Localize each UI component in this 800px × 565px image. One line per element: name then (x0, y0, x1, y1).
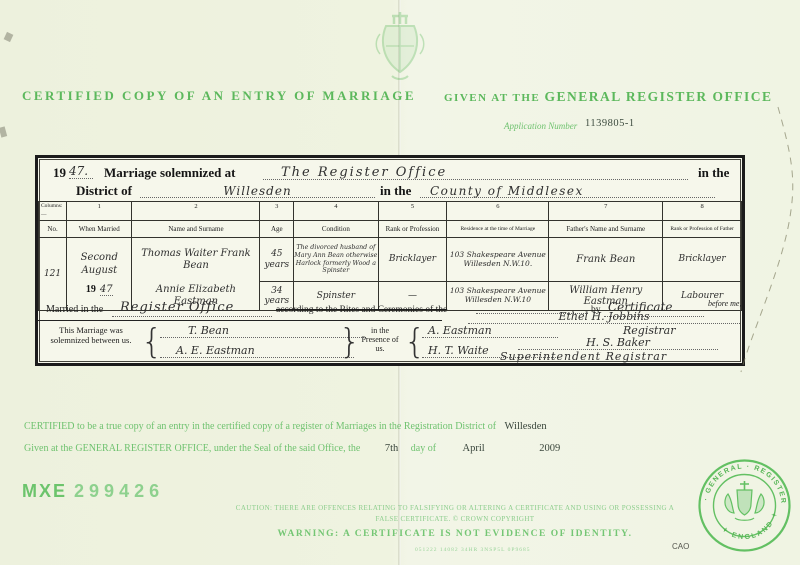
groom-name: Thomas Waiter Frank Bean (132, 238, 259, 281)
married-in-place-handwritten: Register Office (120, 300, 234, 315)
general-register-office-label: GENERAL REGISTER OFFICE (545, 89, 773, 104)
when-married-year-printed: 19 (86, 284, 96, 295)
certified-text: CERTIFIED to be a true copy of an entry … (24, 421, 496, 432)
when-married-day: Second (81, 252, 118, 264)
header-rank: Rank or Profession (378, 221, 447, 238)
day-of-label: day of (411, 443, 436, 454)
bride-signature: A. E. Eastman (160, 344, 354, 358)
seal-day-value: 7th (385, 443, 398, 454)
header-residence: Residence at the time of Marriage (447, 221, 549, 238)
header-father-rank: Rank or Profession of Father (663, 221, 742, 238)
scan-smudge (0, 126, 7, 137)
in-the-label-2: in the (380, 183, 411, 199)
application-number-label: Application Number (504, 121, 577, 131)
svg-text:✦ ENGLAND ✦: ✦ ENGLAND ✦ (720, 509, 779, 541)
document-title: CERTIFIED COPY OF AN ENTRY OF MARRIAGE (22, 88, 416, 104)
given-at-label: GIVEN AT THE (444, 92, 540, 104)
groom-residence: 103 Shakespeare Avenue Willesden N.W.10. (447, 238, 548, 282)
col-number: 1 (67, 202, 132, 221)
rites-text-struck: according to the Rites and Ceremonies of… (276, 305, 447, 315)
application-number-value: 1139805-1 (585, 118, 635, 129)
certified-statement: CERTIFIED to be a true copy of an entry … (24, 421, 547, 432)
certified-district-value: Willesden (505, 421, 547, 432)
marriage-entry-table: Columns:— 1 2 3 4 5 6 7 8 No. When Marri… (38, 201, 742, 311)
seal-bottom-text: ✦ ENGLAND ✦ (720, 509, 779, 541)
groom-age: 45 years (260, 238, 293, 282)
when-married-month: August (81, 265, 117, 277)
serial-prefix: MXE (22, 481, 67, 501)
gro-seal: · GENERAL · REGISTER · OFFICE · ✦ ENGLAN… (697, 458, 792, 553)
signature-section-divider (38, 320, 442, 321)
solemnized-label: Marriage solemnized at (104, 165, 235, 181)
groom-father-rank: Bricklayer (663, 238, 741, 282)
royal-crest-watermark (356, 6, 444, 94)
district-line: District of Willesden in the County of M… (48, 182, 736, 200)
year-handwritten: 47. (69, 164, 93, 179)
presence-label: in the Presence of us. (356, 326, 404, 354)
scan-smudge (4, 32, 14, 42)
groom-father-name: Frank Bean (549, 238, 662, 282)
solemnized-line: 19 47. Marriage solemnized at The Regist… (48, 163, 736, 183)
col-number: 5 (378, 202, 447, 221)
header-no: No. (39, 221, 67, 238)
col-number: 8 (663, 202, 742, 221)
print-code: 051222 14082 34HR 3NSP5L 0P9685 (415, 547, 530, 553)
seal-coat-of-arms (725, 481, 764, 520)
certificate-page: CERTIFIED COPY OF AN ENTRY OF MARRIAGE G… (0, 0, 800, 565)
given-statement: Given at the GENERAL REGISTER OFFICE, un… (24, 443, 560, 454)
superintendent-title: Superintendent Registrar (500, 350, 667, 363)
column-header-row: No. When Married Name and Surname Age Co… (39, 221, 742, 238)
groom-rank: Bricklayer (379, 238, 447, 282)
district-label: District of (76, 183, 132, 199)
col-number: 4 (294, 202, 378, 221)
issuing-office-title: GIVEN AT THE GENERAL REGISTER OFFICE (444, 89, 773, 105)
superintendent-signature: H. S. Baker (518, 336, 718, 350)
header-age: Age (260, 221, 294, 238)
solemnized-between-label: This Marriage was solemnized between us. (42, 326, 140, 346)
col-number: 7 (549, 202, 663, 221)
given-text: Given at the GENERAL REGISTER OFFICE, un… (24, 443, 360, 454)
certificate-serial: MXE 299426 (22, 481, 164, 502)
header-when-married: When Married (67, 221, 132, 238)
header-name-surname: Name and Surname (132, 221, 260, 238)
district-handwritten: Willesden (223, 184, 291, 198)
groom-condition: The divorced husband of Mary Ann Bean ot… (294, 238, 377, 282)
before-me-label: before me, (708, 300, 742, 309)
col-number: 2 (132, 202, 260, 221)
col-number: 6 (447, 202, 549, 221)
county-handwritten: County of Middlesex (430, 184, 584, 198)
year-printed: 19 (53, 165, 66, 181)
groom-signature: T. Bean (160, 324, 366, 338)
in-the-label-1: in the (698, 165, 729, 181)
header-father-name: Father's Name and Surname (549, 221, 663, 238)
registrar-signature: Ethel H. Jobbins (468, 310, 740, 324)
seal-year-value: 2009 (539, 443, 560, 454)
header-condition: Condition (294, 221, 378, 238)
solemnized-place-handwritten: The Register Office (281, 165, 447, 180)
serial-number: 299426 (74, 481, 164, 501)
certificate-entry-box: 19 47. Marriage solemnized at The Regist… (35, 155, 745, 366)
married-in-label: Married in the (46, 304, 103, 315)
when-married-year-hand: 47 (100, 284, 113, 296)
columns-label: Columns:— (39, 202, 67, 221)
column-number-row: Columns:— 1 2 3 4 5 6 7 8 (39, 202, 742, 221)
cao-label: CAO (672, 542, 689, 551)
col-number: 3 (260, 202, 294, 221)
seal-month-value: April (463, 443, 485, 454)
